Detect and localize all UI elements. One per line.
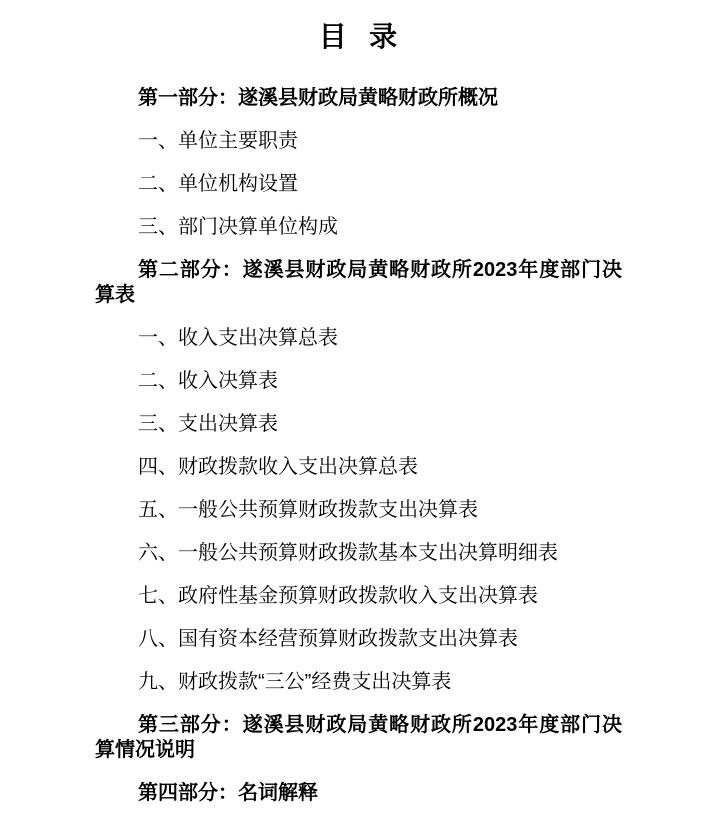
document-page: 目 录 第一部分：遂溪县财政局黄略财政所概况 一、单位主要职责 二、单位机构设置… [0,0,705,825]
toc-part1-item-3: 三、部门决算单位构成 [95,215,622,240]
toc-part2-item-1: 一、收入支出决算总表 [95,326,622,351]
toc-part1-item-1: 一、单位主要职责 [95,129,622,154]
toc-part1-heading: 第一部分：遂溪县财政局黄略财政所概况 [95,86,622,111]
toc-part2-item-2: 二、收入决算表 [95,369,622,394]
toc-part4-heading: 第四部分：名词解释 [95,781,622,806]
toc-part2-item-5: 五、一般公共预算财政拨款支出决算表 [95,498,622,523]
toc-part2-item-9: 九、财政拨款“三公”经费支出决算表 [95,670,622,695]
toc-part2-item-8: 八、国有资本经营预算财政拨款支出决算表 [95,627,622,652]
toc-part2-item-6: 六、一般公共预算财政拨款基本支出决算明细表 [95,541,622,566]
toc-part2-heading: 第二部分：遂溪县财政局黄略财政所2023年度部门决算表 [95,258,622,308]
toc-part3-heading: 第三部分：遂溪县财政局黄略财政所2023年度部门决算情况说明 [95,713,622,763]
toc-part2-item-7: 七、政府性基金预算财政拨款收入支出决算表 [95,584,622,609]
page-title: 目 录 [95,20,622,54]
toc-part1-item-2: 二、单位机构设置 [95,172,622,197]
toc-part2-item-4: 四、财政拨款收入支出决算总表 [95,455,622,480]
toc-part2-item-3: 三、支出决算表 [95,412,622,437]
